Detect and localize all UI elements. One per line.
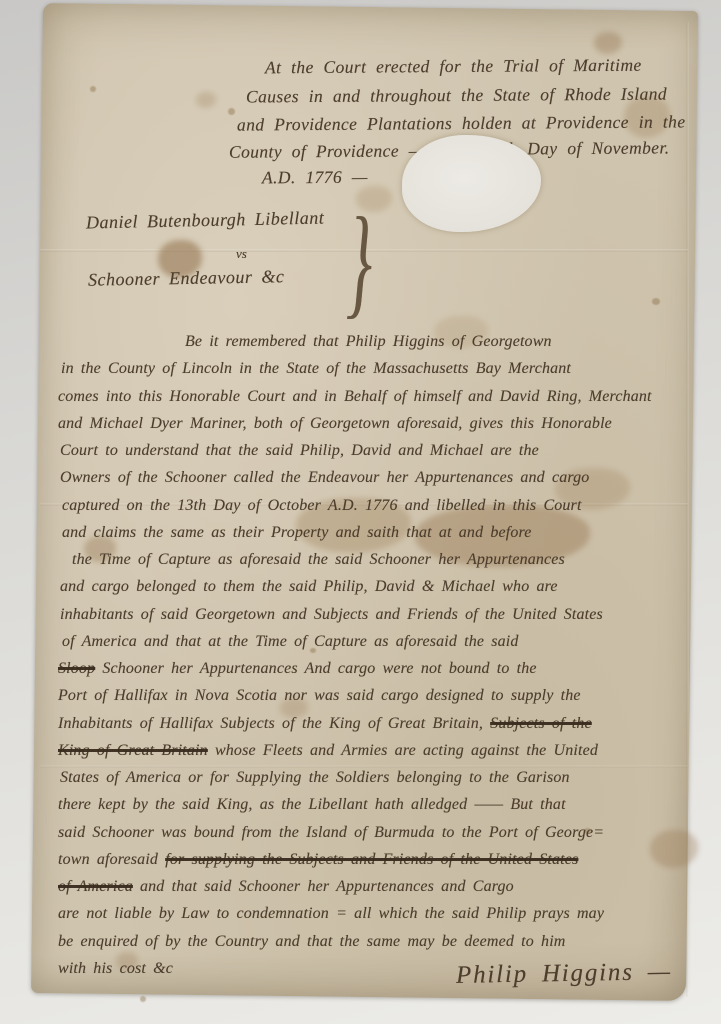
case-brace: } [346,190,372,333]
speck [228,108,235,115]
body-line: Port of Hallifax in Nova Scotia nor was … [58,687,581,705]
signature: Philip Higgins — [456,958,672,990]
body-line: of America and that at the Time of Captu… [62,633,519,651]
body-line: States of America or for Supplying the S… [60,769,570,787]
body-line: in the County of Lincoln in the State of… [61,360,571,378]
fold-crease-horizontal [40,765,688,768]
body-line: be enquired of by the Country and that t… [58,933,566,951]
text-segment: Inhabitants of Hallifax Subjects of the … [58,715,490,732]
text-segment: Court to understand that the said Philip… [60,442,539,459]
text-segment: comes into this Honorable Court and in B… [58,388,652,405]
versus-label: vs [236,246,247,262]
struck-text: Sloop [58,660,95,677]
text-segment: Be it remembered that Philip Higgins of … [185,333,552,350]
body-line: the Time of Capture as aforesaid the sai… [72,551,565,569]
text-segment: whose Fleets and Armies are acting again… [208,742,598,759]
text-segment: be enquired of by the Country and that t… [58,933,566,950]
heading-line-2: Causes in and throughout the State of Rh… [246,84,667,108]
text-segment: Owners of the Schooner called the Endeav… [60,469,589,486]
body-line: Owners of the Schooner called the Endeav… [60,469,589,487]
text-segment: inhabitants of said Georgetown and Subje… [60,606,603,623]
body-line: of America and that said Schooner her Ap… [58,878,514,896]
body-line: inhabitants of said Georgetown and Subje… [60,606,603,624]
body-line: there kept by the said King, as the Libe… [58,796,566,814]
document-photograph: At the Court erected for the Trial of Ma… [0,0,721,1024]
body-line: Be it remembered that Philip Higgins of … [185,333,552,351]
text-segment: captured on the 13th Day of October A.D.… [62,497,582,514]
body-line: Sloop Schooner her Appurtenances And car… [58,660,537,678]
struck-text: King of Great Britain [58,742,208,759]
struck-text: of America [58,878,133,895]
body-line: King of Great Britain whose Fleets and A… [58,742,598,760]
struck-text: for supplying the Subjects and Friends o… [165,851,578,868]
text-segment: and claims the same as their Property an… [62,524,532,541]
text-segment: Port of Hallifax in Nova Scotia nor was … [58,687,581,704]
body-line: with his cost &c [58,960,173,978]
text-segment: the Time of Capture as aforesaid the sai… [72,551,565,568]
text-segment: there kept by the said King, as the Libe… [58,796,566,813]
body-line: are not liable by Law to condemnation = … [58,905,604,923]
stain [650,830,698,868]
body-line: captured on the 13th Day of October A.D.… [62,497,582,515]
body-line: Court to understand that the said Philip… [60,442,539,460]
body-line: and Michael Dyer Mariner, both of George… [58,415,612,433]
text-segment: in the County of Lincoln in the State of… [61,360,571,377]
heading-line-3: and Providence Plantations holden at Pro… [237,111,686,135]
text-segment: are not liable by Law to condemnation = … [58,905,604,922]
text-segment: town aforesaid [58,851,165,868]
body-line: town aforesaid for supplying the Subject… [58,851,578,869]
body-line: and claims the same as their Property an… [62,524,532,542]
body-line: said Schooner was bound from the Island … [58,824,604,842]
body-line: Inhabitants of Hallifax Subjects of the … [58,715,592,733]
speck [652,298,660,305]
body-line: and cargo belonged to them the said Phil… [60,578,558,596]
body-line: comes into this Honorable Court and in B… [58,388,652,406]
text-segment: Schooner her Appurtenances And cargo wer… [95,660,536,677]
text-segment: of America and that at the Time of Captu… [62,633,519,650]
speck [140,996,146,1002]
heading-line-5-date: A.D. 1776 — [262,167,368,189]
text-segment: and Michael Dyer Mariner, both of George… [58,415,612,432]
speck [90,86,96,92]
heading-line-1: At the Court erected for the Trial of Ma… [265,55,642,79]
text-segment: with his cost &c [58,960,173,977]
text-segment: said Schooner was bound from the Island … [58,824,604,841]
struck-text: Subjects of the [490,715,592,732]
text-segment: and that said Schooner her Appurtenances… [133,878,514,895]
text-segment: States of America or for Supplying the S… [60,769,570,786]
text-segment: and cargo belonged to them the said Phil… [60,578,558,595]
vessel-name: Schooner Endeavour &c [88,266,285,290]
